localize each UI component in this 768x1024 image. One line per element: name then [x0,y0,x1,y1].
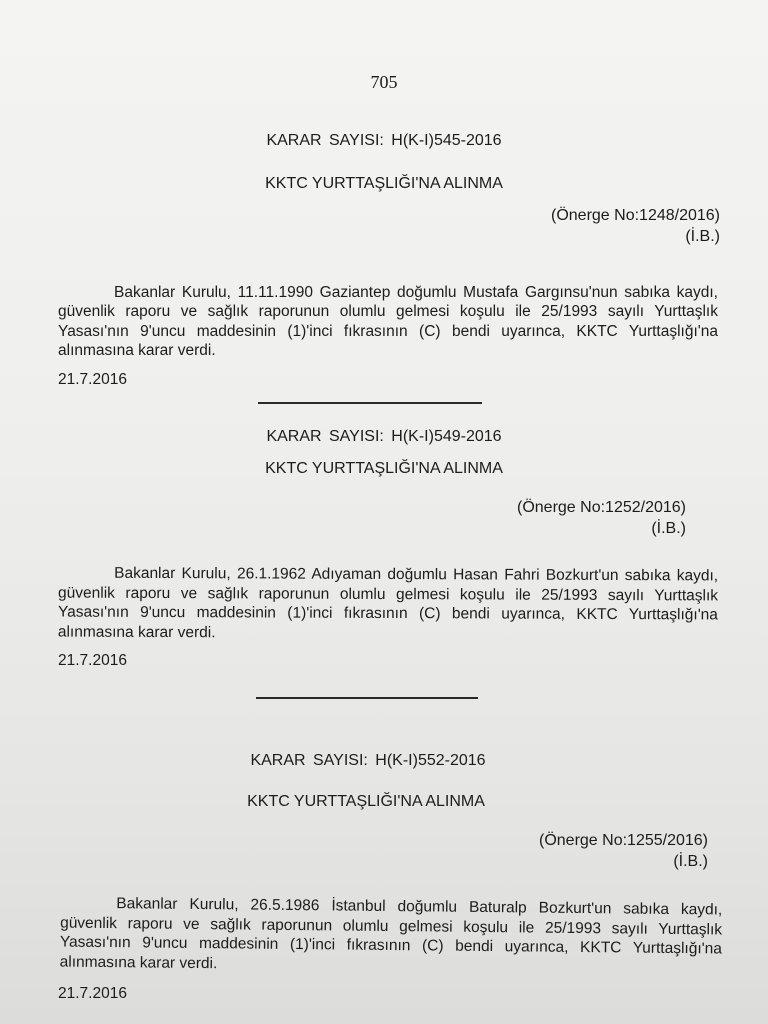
decision-date: 21.7.2016 [58,652,127,670]
reference-block: (Önerge No:1255/2016) (İ.B.) [539,830,708,872]
reference-block: (Önerge No:1248/2016) (İ.B.) [551,205,720,247]
reference-block: (Önerge No:1252/2016) (İ.B.) [517,497,686,539]
proposal-number: (Önerge No:1252/2016) [517,497,686,518]
decision-date: 21.7.2016 [58,371,127,389]
decision-title: KARAR SAYISI: H(K-I)552-2016 [0,752,752,770]
page-number: 705 [0,72,768,93]
decision-body: Bakanlar Kurulu, 11.11.1990 Gaziantep do… [58,283,718,361]
section-divider [258,402,482,404]
decision-date: 21.7.2016 [58,985,127,1003]
decision-body: Bakanlar Kurulu, 26.5.1986 İstanbul doğu… [60,893,723,978]
decision-title: KARAR SAYISI: H(K-I)545-2016 [0,132,768,150]
proposal-number: (Önerge No:1255/2016) [539,830,708,851]
decision-subject: KKTC YURTTAŞLIĞI'NA ALINMA [0,460,768,478]
decision-subject: KKTC YURTTAŞLIĞI'NA ALINMA [0,793,750,811]
ministry-code: (İ.B.) [517,518,686,539]
ministry-code: (İ.B.) [539,851,708,872]
section-divider [256,697,478,699]
decision-title: KARAR SAYISI: H(K-I)549-2016 [0,428,768,446]
decision-subject: KKTC YURTTAŞLIĞI'NA ALINMA [0,175,768,193]
proposal-number: (Önerge No:1248/2016) [551,205,720,226]
ministry-code: (İ.B.) [551,226,720,247]
decision-body: Bakanlar Kurulu, 26.1.1962 Adıyaman doğu… [58,563,718,644]
